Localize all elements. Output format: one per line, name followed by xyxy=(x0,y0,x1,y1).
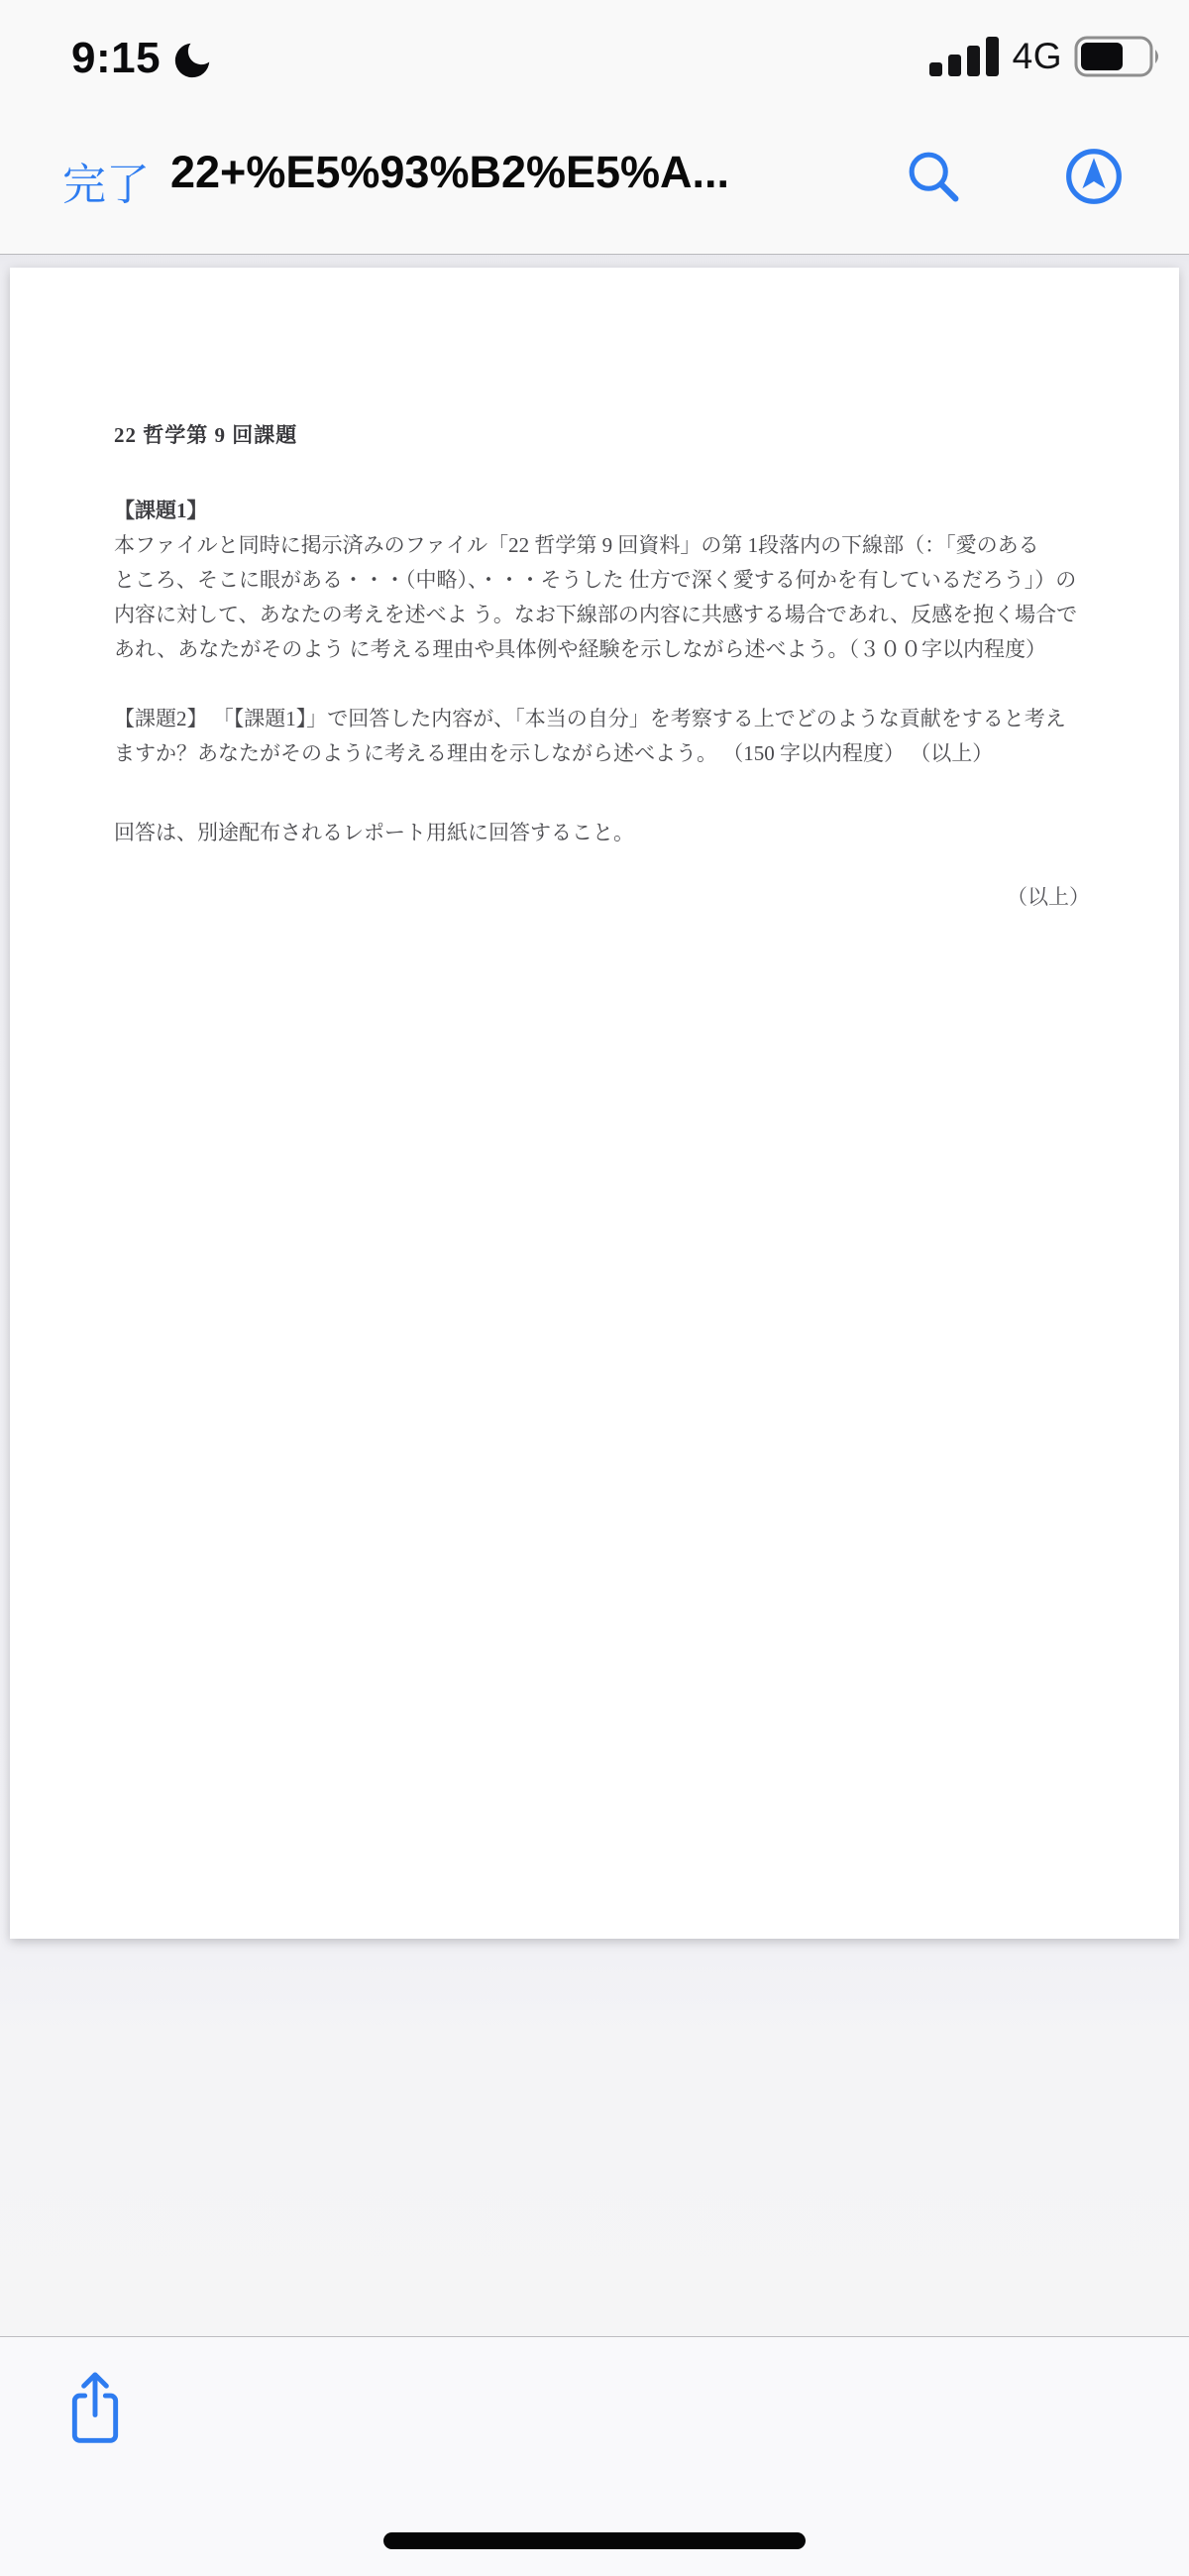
task1-paragraph: 本ファイルと同時に掲示済みのファイル「22 哲学第 9 回資料」の第 1段落内の… xyxy=(114,528,1090,667)
status-right: 4G xyxy=(929,36,1163,77)
document-page[interactable]: 22 哲学第 9 回課題 【課題1】 本ファイルと同時に掲示済みのファイル「22… xyxy=(10,268,1179,1939)
doc-note: 回答は、別途配布されるレポート用紙に回答すること。 xyxy=(114,816,1090,850)
home-indicator[interactable] xyxy=(383,2532,806,2549)
iphone-screen: 9:15 4G 完了 xyxy=(0,0,1189,2576)
search-icon xyxy=(902,145,965,208)
cellular-signal-icon xyxy=(929,37,1001,76)
search-button[interactable] xyxy=(898,141,969,212)
status-bar: 9:15 4G xyxy=(0,0,1189,99)
task1-line: 内容に対して、あなたの考えを述べよ う。なお下線部の内容に共感する場合であれ、反… xyxy=(114,598,1090,632)
top-chrome: 9:15 4G 完了 xyxy=(0,0,1189,255)
network-type-label: 4G xyxy=(1013,36,1062,77)
task2-line: 【課題2】 「【課題1】」で回答した内容が、「本当の自分」を考察する上でどのよう… xyxy=(114,702,1090,736)
done-button[interactable]: 完了 xyxy=(62,149,150,212)
task1-label: 【課題1】 xyxy=(114,494,1090,528)
task2-paragraph: 【課題2】 「【課題1】」で回答した内容が、「本当の自分」を考察する上でどのよう… xyxy=(114,702,1090,771)
navigation-bar: 完了 22+%E5%93%B2%E5%A... xyxy=(0,99,1189,254)
open-in-browser-button[interactable] xyxy=(1058,141,1130,212)
document-title: 22+%E5%93%B2%E5%A... xyxy=(170,147,729,198)
document-scroll-area[interactable]: 22 哲学第 9 回課題 【課題1】 本ファイルと同時に掲示済みのファイル「22… xyxy=(0,255,1189,2336)
doc-heading: 22 哲学第 9 回課題 xyxy=(114,418,1090,453)
task1-line: ところ、そこに眼がある・・・（中略）、・・・そうした 仕方で深く愛する何かを有し… xyxy=(114,563,1090,598)
clock: 9:15 xyxy=(71,34,161,83)
do-not-disturb-moon-icon xyxy=(169,38,215,83)
task2-line: ますか？あなたがそのように考える理由を示しながら述べよう。 （150 字以内程度… xyxy=(114,736,1090,771)
doc-end-mark: （以上） xyxy=(114,880,1090,915)
task1-line: あれ、あなたがそのよう に考える理由や具体例や経験を示しながら述べよう。（３００… xyxy=(114,632,1090,667)
task1-line: 本ファイルと同時に掲示済みのファイル「22 哲学第 9 回資料」の第 1段落内の… xyxy=(114,528,1090,563)
share-button[interactable] xyxy=(57,2359,133,2458)
share-icon xyxy=(64,2367,126,2450)
compass-arrow-icon xyxy=(1061,144,1127,209)
battery-icon xyxy=(1074,36,1163,77)
status-left: 9:15 xyxy=(71,34,215,83)
